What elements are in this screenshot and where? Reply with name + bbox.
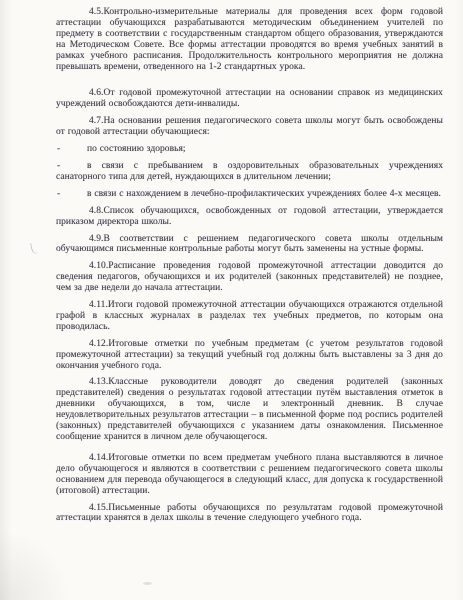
paragraph-4-13: 4.13.Классные руководители доводят до св… — [56, 377, 443, 442]
scan-smudge-artifact — [30, 243, 37, 255]
paragraph-4-11: 4.11.Итоги годовой промежуточной аттеста… — [56, 300, 443, 333]
paragraph-4-9: 4.9.В соответствии с решением педагогиче… — [56, 234, 443, 256]
bullet-text: в связи с пребыванием в оздоровительных … — [56, 161, 443, 182]
bullet-text: по состоянию здоровья; — [87, 144, 186, 154]
bullet-dash: - — [56, 161, 87, 172]
paragraph-4-15: 4.15.Письменные работы обучающихся по ре… — [56, 503, 443, 525]
bullet-item-medical-stay: -в связи с нахождением в лечебно-профила… — [56, 189, 443, 200]
bullet-item-sanatorium: -в связи с пребыванием в оздоровительных… — [56, 161, 443, 183]
bullet-text: в связи с нахождением в лечебно-профилак… — [87, 189, 441, 199]
paragraph-4-5: 4.5.Контрольно-измерительные материалы д… — [56, 7, 443, 72]
bullet-dash: - — [56, 189, 87, 200]
document-body: 4.5.Контрольно-измерительные материалы д… — [56, 7, 443, 530]
paragraph-4-12: 4.12.Итоговые отметки по учебным предмет… — [56, 339, 443, 372]
paragraph-4-6: 4.6.От годовой промежуточной аттестации … — [56, 88, 443, 110]
paragraph-4-14: 4.14.Итоговые отметки по всем предметам … — [56, 453, 443, 497]
bullet-item-health: -по состоянию здоровья; — [56, 144, 443, 155]
bullet-dash: - — [56, 144, 87, 155]
document-page: 4.5.Контрольно-измерительные материалы д… — [0, 0, 463, 600]
paragraph-4-10: 4.10.Расписание проведения годовой проме… — [56, 261, 443, 294]
paragraph-4-7: 4.7.На основании решения педагогического… — [56, 116, 443, 138]
paragraph-4-8: 4.8.Список обучающихся, освобожденных от… — [56, 206, 443, 228]
scan-speck-artifact — [143, 582, 152, 585]
